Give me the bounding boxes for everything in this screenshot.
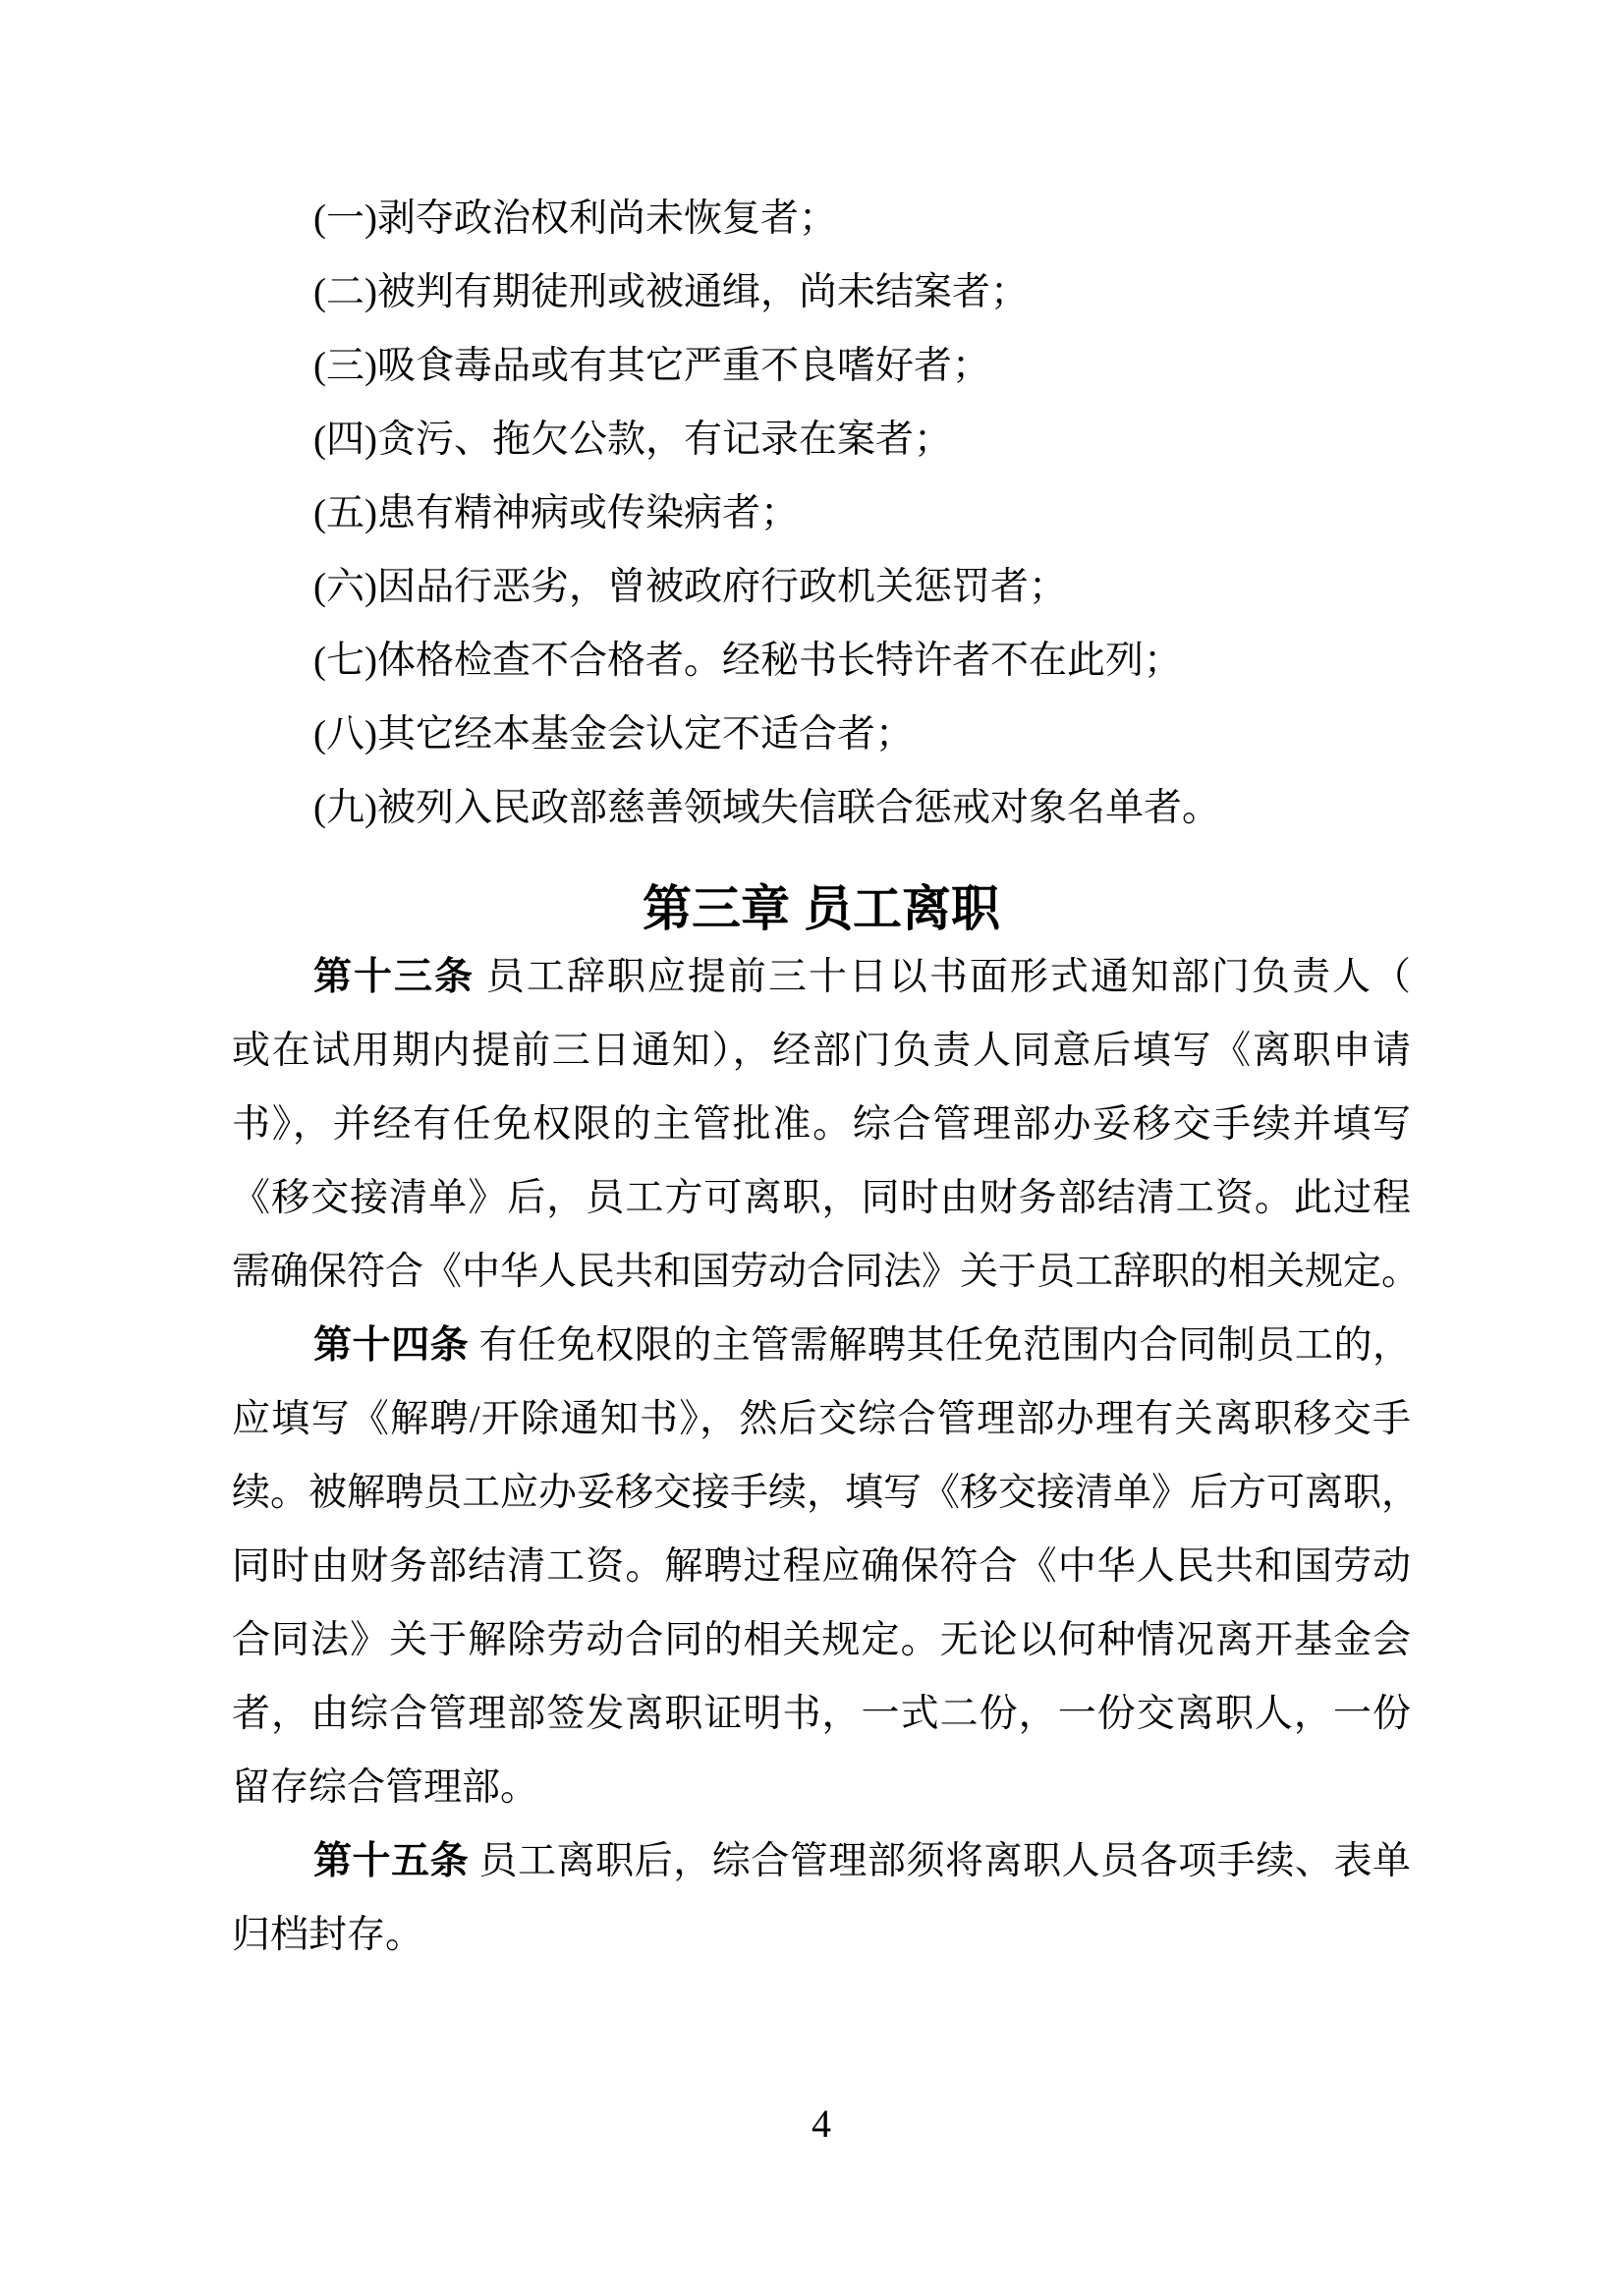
- text-line: 留存综合管理部。: [232, 1751, 1411, 1824]
- text-line: 或在试用期内提前三日通知），经部门负责人同意后填写《离职申请: [232, 1014, 1411, 1088]
- text-line: 第十五条 员工离职后，综合管理部须将离职人员各项手续、表单: [232, 1824, 1411, 1898]
- text-line: 第十三条 员工辞职应提前三十日以书面形式通知部门负责人（: [232, 940, 1411, 1014]
- page-number: 4: [232, 2104, 1411, 2144]
- article-number: 第十五条: [313, 1840, 469, 1882]
- text-line: 归档封存。: [232, 1898, 1411, 1972]
- list-item: (九)被列入民政部慈善领域失信联合惩戒对象名单者。: [232, 771, 1411, 845]
- article-number: 第十四条: [313, 1324, 469, 1367]
- text-line: 续。被解聘员工应办妥移交接手续，填写《移交接清单》后方可离职，: [232, 1456, 1411, 1530]
- list-item: (六)因品行恶劣，曾被政府行政机关惩罚者；: [232, 550, 1411, 624]
- article-number: 第十三条: [313, 956, 475, 998]
- text-line: 同时由财务部结清工资。解聘过程应确保符合《中华人民共和国劳动: [232, 1530, 1411, 1603]
- list-item: (一)剥夺政治权利尚未恢复者；: [232, 182, 1411, 255]
- list-item: (七)体格检查不合格者。经秘书长特许者不在此列；: [232, 624, 1411, 698]
- document-page: (一)剥夺政治权利尚未恢复者；(二)被判有期徒刑或被通缉，尚未结案者；(三)吸食…: [0, 0, 1624, 2296]
- text-line: 需确保符合《中华人民共和国劳动合同法》关于员工辞职的相关规定。: [232, 1235, 1411, 1309]
- chapter-heading: 第三章 员工离职: [232, 878, 1411, 940]
- list-item: (五)患有精神病或传染病者；: [232, 476, 1411, 550]
- articles-section: 第十三条 员工辞职应提前三十日以书面形式通知部门负责人（或在试用期内提前三日通知…: [232, 940, 1411, 1972]
- text-line: 合同法》关于解除劳动合同的相关规定。无论以何种情况离开基金会: [232, 1603, 1411, 1677]
- text-line: 应填写《解聘/开除通知书》，然后交综合管理部办理有关离职移交手: [232, 1382, 1411, 1456]
- text-line: 第十四条 有任免权限的主管需解聘其任免范围内合同制员工的，: [232, 1309, 1411, 1382]
- text-line: 书》，并经有任免权限的主管批准。综合管理部办妥移交手续并填写: [232, 1088, 1411, 1161]
- list-item: (八)其它经本基金会认定不适合者；: [232, 698, 1411, 771]
- exclusion-list: (一)剥夺政治权利尚未恢复者；(二)被判有期徒刑或被通缉，尚未结案者；(三)吸食…: [232, 182, 1411, 845]
- list-item: (四)贪污、拖欠公款，有记录在案者；: [232, 403, 1411, 476]
- text-line: 者，由综合管理部签发离职证明书，一式二份，一份交离职人，一份: [232, 1677, 1411, 1751]
- list-item: (三)吸食毒品或有其它严重不良嗜好者；: [232, 329, 1411, 403]
- text-line: 《移交接清单》后，员工方可离职，同时由财务部结清工资。此过程: [232, 1161, 1411, 1235]
- list-item: (二)被判有期徒刑或被通缉，尚未结案者；: [232, 255, 1411, 329]
- page-content: (一)剥夺政治权利尚未恢复者；(二)被判有期徒刑或被通缉，尚未结案者；(三)吸食…: [232, 182, 1411, 2144]
